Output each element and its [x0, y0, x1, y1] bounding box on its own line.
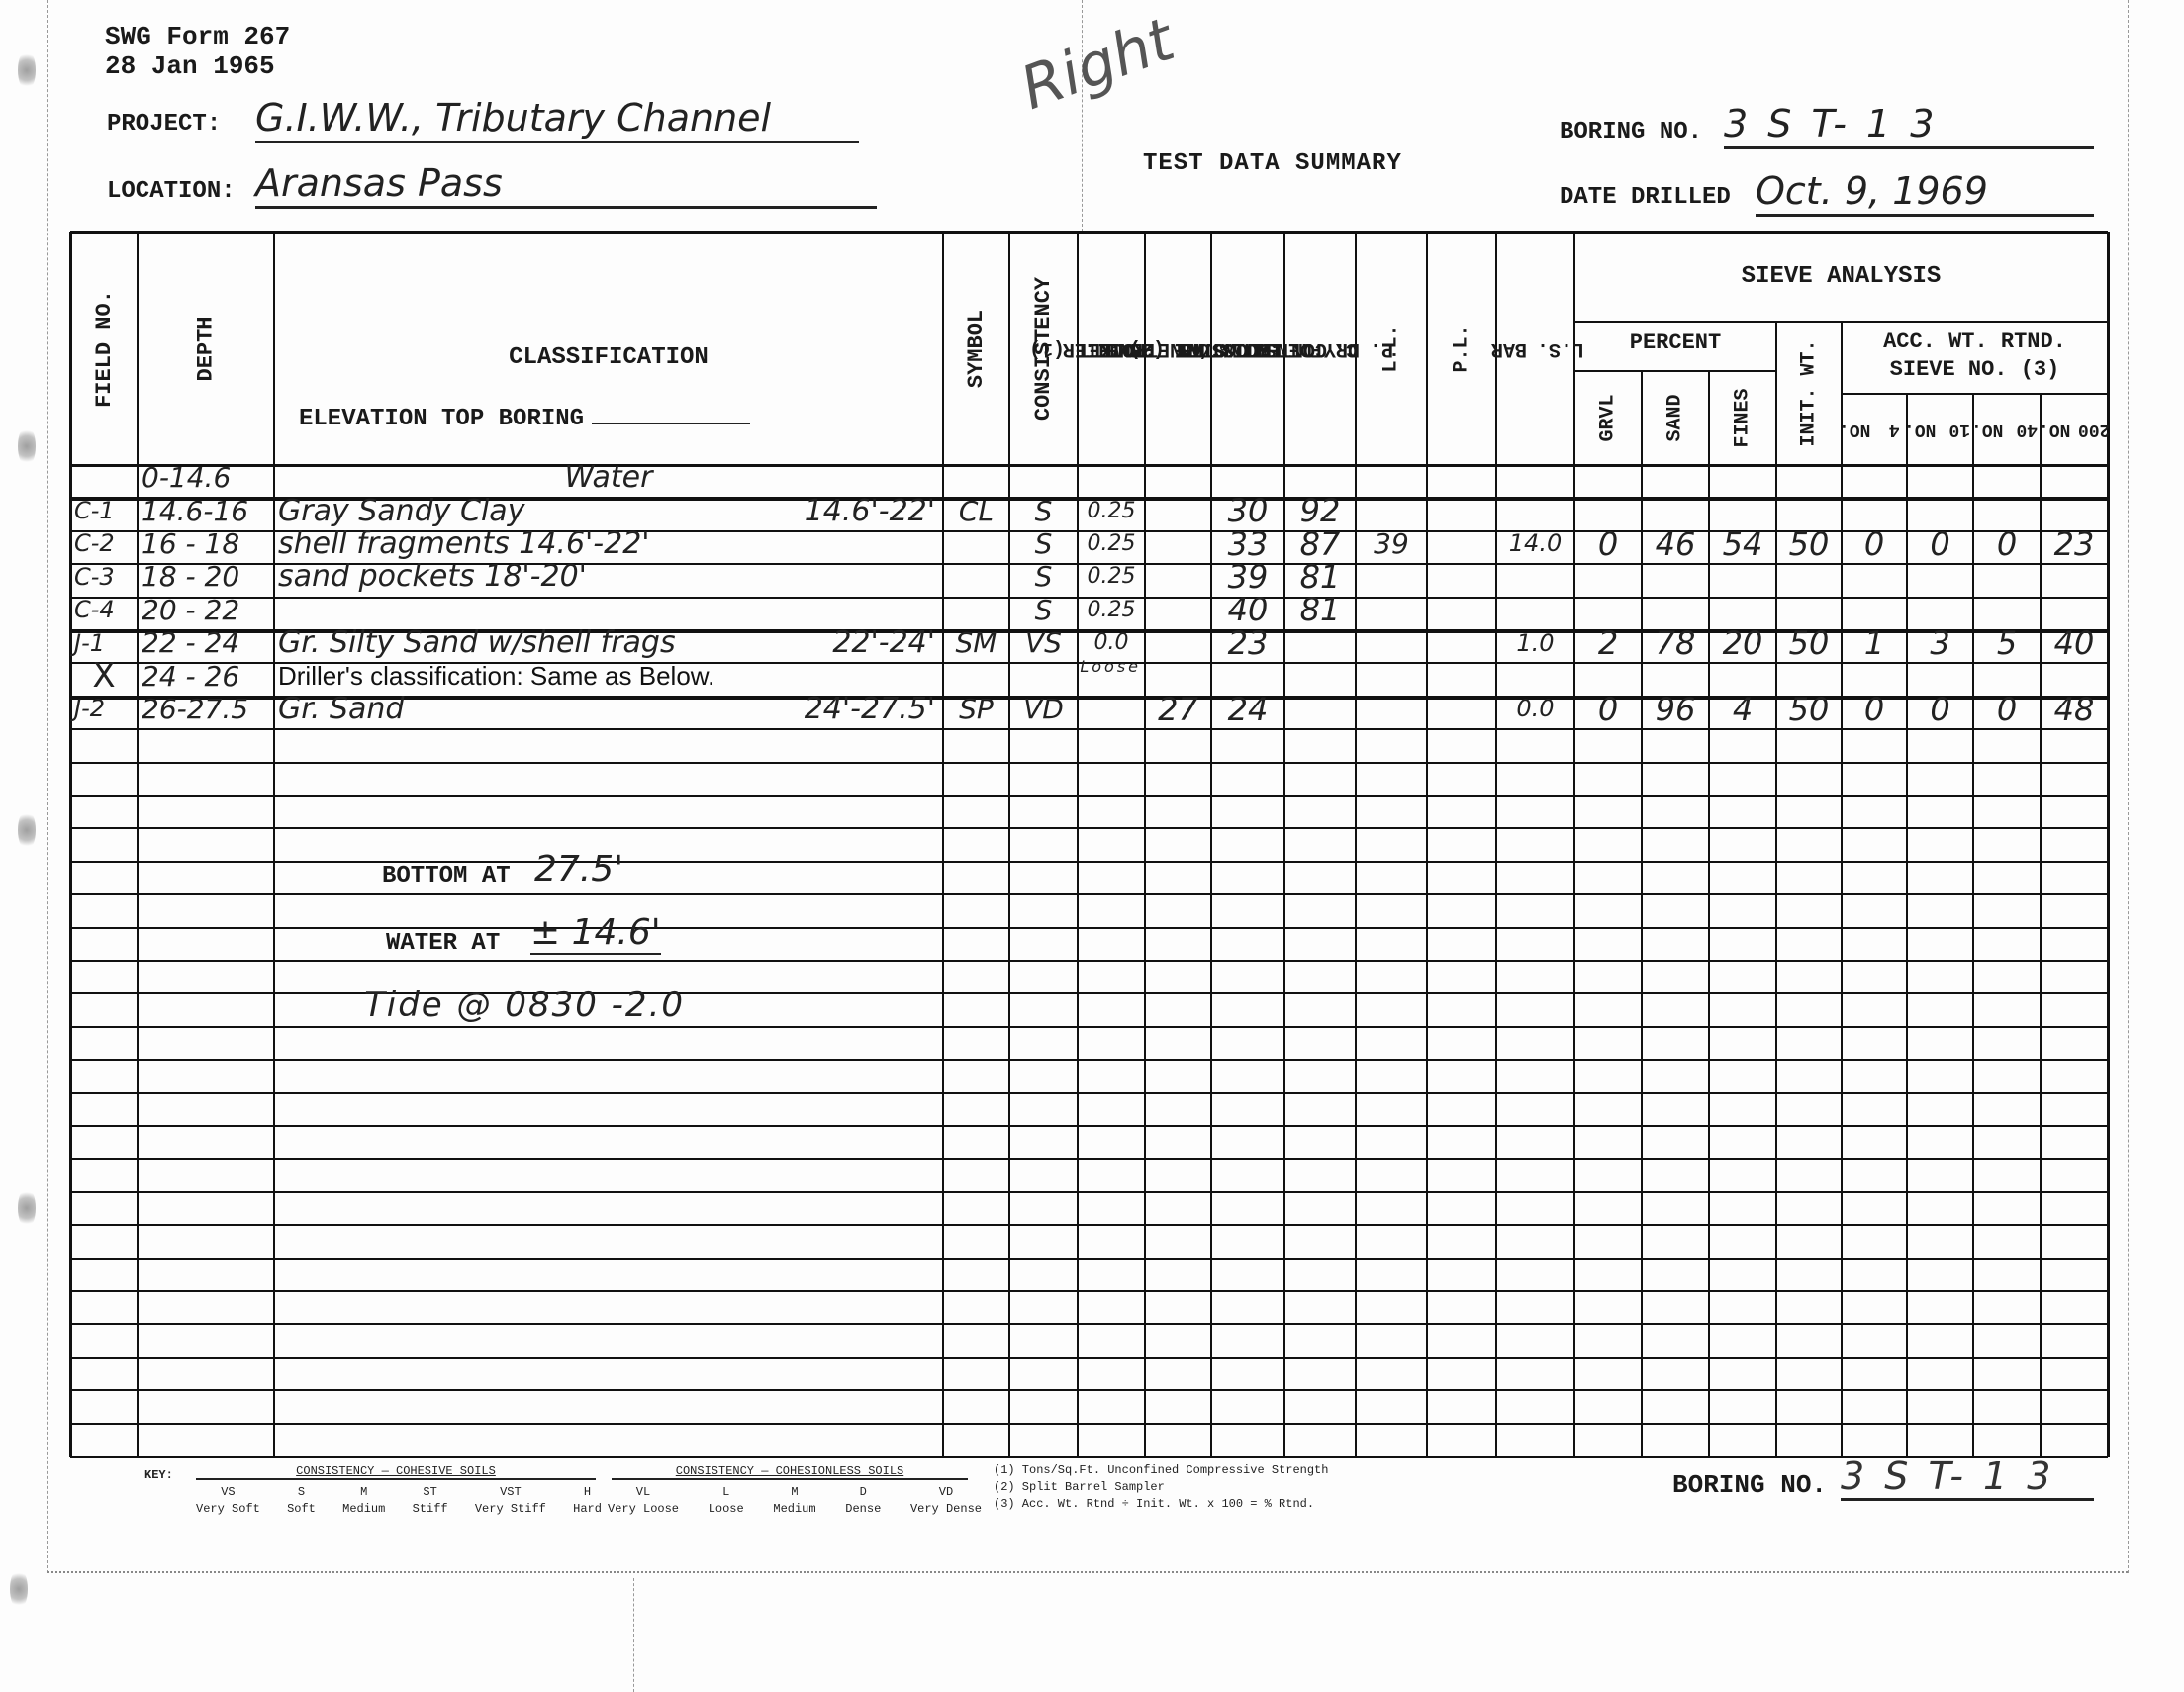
grid-hline: [70, 1423, 2108, 1425]
water-at-label: WATER AT: [386, 930, 500, 957]
pocket-penetrometer-cell[interactable]: [1082, 459, 1141, 496]
grid-hline: [70, 1323, 2108, 1325]
no40-cell[interactable]: [1977, 558, 2037, 595]
depth-cell[interactable]: 24 - 26: [142, 657, 270, 694]
bar-ls-cell[interactable]: 0.0: [1500, 691, 1570, 727]
key-item: DDense: [845, 1484, 881, 1518]
no10-cell[interactable]: [1911, 558, 1969, 595]
pl-cell[interactable]: [1431, 525, 1492, 562]
grid-hline: [70, 960, 2108, 962]
init-wt-cell[interactable]: [1780, 657, 1838, 694]
consistency-cell[interactable]: VD: [1013, 691, 1074, 727]
grid-hline: [70, 1125, 2108, 1127]
field-no-cell[interactable]: C-4: [74, 592, 134, 628]
grid-hline: [70, 1456, 2108, 1458]
col-header-field-no: FIELD NO.: [70, 232, 138, 465]
stan-penet-cell[interactable]: [1149, 558, 1207, 595]
bar-ls-cell[interactable]: [1500, 592, 1570, 628]
key-item: MMedium: [342, 1484, 385, 1518]
key-name: Stiff: [413, 1501, 448, 1518]
key-item: LLoose: [709, 1484, 744, 1518]
col-header-no4: NO.4: [1842, 394, 1907, 465]
grvl-cell[interactable]: [1578, 558, 1638, 595]
bar-ls-cell[interactable]: [1500, 492, 1570, 528]
dry-density-cell[interactable]: [1288, 459, 1352, 496]
key-cohesive-list: VSVery SoftSSoftMMediumSTStiffVSTVery St…: [196, 1484, 602, 1518]
dry-density-cell[interactable]: 92: [1288, 492, 1352, 528]
key-abbr: VD: [910, 1484, 982, 1501]
key-name: Medium: [773, 1501, 815, 1518]
symbol-cell[interactable]: [947, 592, 1005, 628]
key-abbr: VS: [196, 1484, 260, 1501]
stan-penet-cell[interactable]: 27: [1149, 691, 1207, 727]
col-header-fines: FINES: [1709, 371, 1776, 465]
consistency-cell[interactable]: VS: [1013, 624, 1074, 661]
key-item: SSoft: [287, 1484, 316, 1518]
punch-hole-mark: [18, 425, 36, 467]
key-abbr: M: [773, 1484, 815, 1501]
grid-vline: [1906, 394, 1908, 1457]
project-label: PROJECT:: [107, 111, 221, 138]
moisture-cell[interactable]: 39: [1215, 558, 1281, 595]
symbol-cell[interactable]: SM: [947, 624, 1005, 661]
date-drilled-label: DATE DRILLED: [1560, 184, 1731, 211]
grid-hline: [70, 861, 2108, 863]
no200-cell[interactable]: [2044, 558, 2104, 595]
grid-hline: [70, 795, 2108, 797]
page-edge-bottom: [47, 1571, 2128, 1573]
form-id: SWG Form 267: [105, 22, 290, 51]
classification-range: 24'-27.5': [278, 691, 935, 727]
grvl-cell[interactable]: [1578, 592, 1638, 628]
consistency-cell[interactable]: [1013, 657, 1074, 694]
depth-cell[interactable]: 18 - 20: [142, 558, 270, 595]
fines-cell[interactable]: [1713, 592, 1772, 628]
pocket-penetrometer-cell[interactable]: 0.25: [1082, 525, 1141, 562]
key-item: MMedium: [773, 1484, 815, 1518]
key-name: Loose: [709, 1501, 744, 1518]
stan-penet-cell[interactable]: [1149, 525, 1207, 562]
depth-cell[interactable]: 0-14.6: [142, 459, 270, 496]
col-header-no200: NO.200: [2041, 394, 2108, 465]
key-label: KEY:: [144, 1468, 173, 1482]
grvl-cell[interactable]: [1578, 459, 1638, 496]
sand-cell[interactable]: 46: [1646, 525, 1705, 562]
consistency-cell[interactable]: S: [1013, 558, 1074, 595]
key-item: VDVery Dense: [910, 1484, 982, 1518]
col-header-no10: NO.10: [1907, 394, 1973, 465]
no4-cell[interactable]: [1846, 558, 1903, 595]
init-wt-cell[interactable]: 50: [1780, 525, 1838, 562]
key-item: VSVery Soft: [196, 1484, 260, 1518]
boring-no-label: BORING NO.: [1560, 119, 1702, 145]
grid-hline: [70, 1026, 2108, 1028]
no4-cell[interactable]: [1846, 459, 1903, 496]
grid-hline: [70, 927, 2108, 929]
col-header-grvl: GRVL: [1574, 371, 1642, 465]
field-no-cell[interactable]: C-3: [74, 558, 134, 595]
key-abbr: VST: [475, 1484, 546, 1501]
no4-cell[interactable]: 0: [1846, 525, 1903, 562]
init-wt-cell[interactable]: [1780, 592, 1838, 628]
dry-density-cell[interactable]: 81: [1288, 592, 1352, 628]
key-abbr: D: [845, 1484, 881, 1501]
key-name: Very Stiff: [475, 1501, 546, 1518]
no4-cell[interactable]: [1846, 492, 1903, 528]
no40-cell[interactable]: [1977, 492, 2037, 528]
key-item: STStiff: [413, 1484, 448, 1518]
grvl-cell[interactable]: [1578, 492, 1638, 528]
ll-cell[interactable]: 39: [1360, 525, 1423, 562]
form-date: 28 Jan 1965: [105, 51, 275, 81]
pl-cell[interactable]: [1431, 657, 1492, 694]
key-abbr: S: [287, 1484, 316, 1501]
grid-hline: [70, 893, 2108, 895]
classification-range: [278, 558, 935, 595]
key-name: Dense: [845, 1501, 881, 1518]
grid-hline: [70, 1357, 2108, 1359]
pl-cell[interactable]: [1431, 459, 1492, 496]
ll-cell[interactable]: [1360, 657, 1423, 694]
key-name: Very Dense: [910, 1501, 982, 1518]
fines-cell[interactable]: 4: [1713, 691, 1772, 727]
depth-cell[interactable]: 20 - 22: [142, 592, 270, 628]
no200-cell[interactable]: [2044, 592, 2104, 628]
moisture-cell[interactable]: [1215, 657, 1281, 694]
moisture-cell[interactable]: 33: [1215, 525, 1281, 562]
no10-cell[interactable]: 0: [1911, 525, 1969, 562]
location-field[interactable]: Aransas Pass: [255, 160, 877, 209]
sand-cell[interactable]: 96: [1646, 691, 1705, 727]
stan-penet-cell[interactable]: [1149, 624, 1207, 661]
key-cohesionless-list: VLVery LooseLLooseMMediumDDenseVDVery De…: [608, 1484, 982, 1518]
col-header-bar-ls: BARL.S.: [1496, 232, 1574, 465]
grid-hline: [70, 1224, 2108, 1226]
col-header-no40: NO.40: [1973, 394, 2041, 465]
no40-cell[interactable]: 5: [1977, 624, 2037, 661]
moisture-cell[interactable]: 23: [1215, 624, 1281, 661]
no10-cell[interactable]: [1911, 657, 1969, 694]
no200-cell[interactable]: 40: [2044, 624, 2104, 661]
fines-cell[interactable]: 20: [1713, 624, 1772, 661]
punch-hole-mark: [18, 809, 36, 851]
pocket-penetrometer-cell[interactable]: [1082, 691, 1141, 727]
bar-ls-cell[interactable]: [1500, 459, 1570, 496]
moisture-cell[interactable]: 40: [1215, 592, 1281, 628]
footnote-1: (1) Tons/Sq.Ft. Unconfined Compressive S…: [994, 1462, 1328, 1479]
key-abbr: H: [573, 1484, 602, 1501]
col-header-sieve-analysis: SIEVE ANALYSIS: [1574, 263, 2108, 290]
sand-cell[interactable]: [1646, 459, 1705, 496]
key-cohesive-title: CONSISTENCY — COHESIVE SOILS: [196, 1464, 596, 1480]
no10-cell[interactable]: [1911, 459, 1969, 496]
depth-cell[interactable]: 16 - 18: [142, 525, 270, 562]
footnote-3: (3) Acc. Wt. Rtnd ÷ Init. Wt. x 100 = % …: [994, 1496, 1328, 1513]
grid-hline: [70, 1258, 2108, 1260]
sand-cell[interactable]: [1646, 558, 1705, 595]
footer-boring-no-field[interactable]: 3 S T- 1 3: [1841, 1455, 2094, 1501]
symbol-cell[interactable]: CL: [947, 492, 1005, 528]
fold-line-bottom: [633, 1578, 634, 1692]
moisture-cell[interactable]: 24: [1215, 691, 1281, 727]
stan-penet-cell[interactable]: [1149, 657, 1207, 694]
no40-cell[interactable]: 0: [1977, 691, 2037, 727]
no200-cell[interactable]: 23: [2044, 525, 2104, 562]
grid-hline: [70, 1059, 2108, 1061]
grvl-cell[interactable]: 0: [1578, 525, 1638, 562]
pl-cell[interactable]: [1431, 592, 1492, 628]
fines-cell[interactable]: [1713, 459, 1772, 496]
ll-cell[interactable]: [1360, 492, 1423, 528]
key-name: Medium: [342, 1501, 385, 1518]
footnote-2: (2) Split Barrel Sampler: [994, 1479, 1328, 1496]
init-wt-cell[interactable]: [1780, 492, 1838, 528]
ll-cell[interactable]: [1360, 558, 1423, 595]
classification-range: [278, 459, 935, 496]
footer-boring-no-label: BORING NO.: [1672, 1470, 1827, 1500]
grid-vline: [1972, 394, 1974, 1457]
moisture-cell[interactable]: [1215, 459, 1281, 496]
pl-cell[interactable]: [1431, 691, 1492, 727]
classification-range: [278, 657, 935, 694]
depth-cell[interactable]: 22 - 24: [142, 624, 270, 661]
grid-vline: [1641, 371, 1643, 1457]
no40-cell[interactable]: 0: [1977, 525, 2037, 562]
pl-cell[interactable]: [1431, 492, 1492, 528]
sand-cell[interactable]: 78: [1646, 624, 1705, 661]
depth-cell[interactable]: 26-27.5: [142, 691, 270, 727]
fines-cell[interactable]: [1713, 558, 1772, 595]
grid-hline: [70, 1191, 2108, 1193]
project-field[interactable]: G.I.W.W., Tributary Channel: [255, 95, 859, 143]
stan-penet-cell[interactable]: [1149, 592, 1207, 628]
test-data-summary-form: SWG Form 267 28 Jan 1965 PROJECT: G.I.W.…: [0, 0, 2184, 1692]
grid-hline: [70, 762, 2108, 764]
grid-vline: [1841, 322, 1843, 1457]
elevation-top-boring-label: ELEVATION TOP BORING: [299, 406, 750, 432]
punch-hole-mark: [18, 49, 36, 91]
symbol-cell[interactable]: [947, 525, 1005, 562]
grid-hline: [70, 1389, 2108, 1391]
bar-ls-cell[interactable]: 14.0: [1500, 525, 1570, 562]
sand-cell[interactable]: [1646, 592, 1705, 628]
col-header-acc-wt-rtnd: ACC. WT. RTND.SIEVE NO. (3): [1842, 329, 2108, 384]
consistency-cell[interactable]: S: [1013, 592, 1074, 628]
key-item: VSTVery Stiff: [475, 1484, 546, 1518]
no200-cell[interactable]: 48: [2044, 691, 2104, 727]
boring-no-field[interactable]: 3 S T- 1 3: [1724, 101, 2094, 149]
classification-range: 14.6'-22': [278, 492, 935, 528]
dry-density-cell[interactable]: 87: [1288, 525, 1352, 562]
field-no-cell[interactable]: J-2: [74, 691, 134, 727]
pl-cell[interactable]: [1431, 624, 1492, 661]
symbol-cell[interactable]: [947, 558, 1005, 595]
bottom-at-value[interactable]: 27.5': [534, 849, 623, 890]
bar-ls-cell[interactable]: 1.0: [1500, 624, 1570, 661]
water-at-value[interactable]: ± 14.6': [530, 912, 661, 955]
signature: Right: [1012, 5, 1183, 124]
key-abbr: M: [342, 1484, 385, 1501]
no200-cell[interactable]: [2044, 492, 2104, 528]
dry-density-cell[interactable]: 81: [1288, 558, 1352, 595]
dry-density-cell[interactable]: [1288, 624, 1352, 661]
classification-range: 22'-24': [278, 624, 935, 661]
key-item: HHard: [573, 1484, 602, 1518]
field-no-cell[interactable]: C-1: [74, 492, 134, 528]
punch-hole-mark: [18, 1187, 36, 1229]
bottom-at-label: BOTTOM AT: [382, 863, 511, 890]
col-header-percent: PERCENT: [1574, 330, 1776, 355]
key-abbr: ST: [413, 1484, 448, 1501]
col-header-classification: CLASSIFICATION: [274, 344, 943, 371]
classification-range: [278, 525, 935, 562]
key-name: Very Loose: [608, 1501, 679, 1518]
ll-cell[interactable]: [1360, 691, 1423, 727]
init-wt-cell[interactable]: 50: [1780, 691, 1838, 727]
stan-penet-cell[interactable]: [1149, 492, 1207, 528]
field-no-cell[interactable]: X: [74, 657, 134, 694]
depth-cell[interactable]: 14.6-16: [142, 492, 270, 528]
no10-cell[interactable]: 0: [1911, 691, 1969, 727]
pocket-penetrometer-cell[interactable]: 0.25: [1082, 592, 1141, 628]
tide-note: Tide @ 0830 -2.0: [364, 986, 685, 1025]
fines-cell[interactable]: 54: [1713, 525, 1772, 562]
col-header-depth: DEPTH: [138, 232, 274, 465]
symbol-cell[interactable]: [947, 657, 1005, 694]
grvl-cell[interactable]: 0: [1578, 691, 1638, 727]
key-name: Hard: [573, 1501, 602, 1518]
dry-density-cell[interactable]: [1288, 657, 1352, 694]
key-name: Very Soft: [196, 1501, 260, 1518]
grid-hline: [70, 1158, 2108, 1160]
no40-cell[interactable]: [1977, 459, 2037, 496]
pl-cell[interactable]: [1431, 558, 1492, 595]
no10-cell[interactable]: [1911, 492, 1969, 528]
init-wt-cell[interactable]: [1780, 459, 1838, 496]
consistency-cell[interactable]: S: [1013, 525, 1074, 562]
page-edge-left: [47, 0, 48, 1573]
field-no-cell[interactable]: C-2: [74, 525, 134, 562]
ll-cell[interactable]: [1360, 459, 1423, 496]
ll-cell[interactable]: [1360, 624, 1423, 661]
key-footnotes: (1) Tons/Sq.Ft. Unconfined Compressive S…: [994, 1462, 1328, 1513]
pocket-penetrometer-cell[interactable]: Loose: [1082, 647, 1141, 684]
col-header-dry-density: DRY DENSITYP. C. F.: [1284, 232, 1356, 465]
init-wt-cell[interactable]: 50: [1780, 624, 1838, 661]
page-edge-right: [2128, 0, 2129, 1573]
grvl-cell[interactable]: [1578, 657, 1638, 694]
key-abbr: VL: [608, 1484, 679, 1501]
sand-cell[interactable]: [1646, 657, 1705, 694]
no200-cell[interactable]: [2044, 459, 2104, 496]
bar-ls-cell[interactable]: [1500, 657, 1570, 694]
key-item: VLVery Loose: [608, 1484, 679, 1518]
sand-cell[interactable]: [1646, 492, 1705, 528]
grid-vline: [1775, 322, 1777, 1457]
col-header-ll: L.L.: [1356, 232, 1427, 465]
no4-cell[interactable]: [1846, 592, 1903, 628]
no10-cell[interactable]: 3: [1911, 624, 1969, 661]
grvl-cell[interactable]: 2: [1578, 624, 1638, 661]
no4-cell[interactable]: [1846, 657, 1903, 694]
key-abbr: L: [709, 1484, 744, 1501]
field-no-cell[interactable]: [74, 459, 134, 496]
grid-hline: [70, 1290, 2108, 1292]
no10-cell[interactable]: [1911, 592, 1969, 628]
grid-hline: [70, 728, 2108, 730]
form-title: TEST DATA SUMMARY: [1143, 150, 1402, 177]
init-wt-cell[interactable]: [1780, 558, 1838, 595]
ll-cell[interactable]: [1360, 592, 1423, 628]
grid-hline: [70, 827, 2108, 829]
grid-vline: [1708, 371, 1710, 1457]
consistency-cell[interactable]: [1013, 459, 1074, 496]
col-header-sand: SAND: [1642, 371, 1709, 465]
moisture-cell[interactable]: 30: [1215, 492, 1281, 528]
classification-range: [278, 592, 935, 628]
stan-penet-cell[interactable]: [1149, 459, 1207, 496]
symbol-cell[interactable]: [947, 459, 1005, 496]
key-cohesionless-title: CONSISTENCY — COHESIONLESS SOILS: [612, 1464, 968, 1480]
date-drilled-field[interactable]: Oct. 9, 1969: [1756, 168, 2094, 217]
col-header-init-wt: INIT. WT.: [1776, 322, 1842, 465]
symbol-cell[interactable]: SP: [947, 691, 1005, 727]
no4-cell[interactable]: 0: [1846, 691, 1903, 727]
no4-cell[interactable]: 1: [1846, 624, 1903, 661]
no40-cell[interactable]: [1977, 592, 2037, 628]
no200-cell[interactable]: [2044, 657, 2104, 694]
punch-hole-mark: [10, 1568, 28, 1610]
no40-cell[interactable]: [1977, 657, 2037, 694]
fines-cell[interactable]: [1713, 492, 1772, 528]
location-label: LOCATION:: [107, 178, 236, 205]
grid-hline: [70, 1092, 2108, 1094]
key-name: Soft: [287, 1501, 316, 1518]
bar-ls-cell[interactable]: [1500, 558, 1570, 595]
pocket-penetrometer-cell[interactable]: 0.25: [1082, 492, 1141, 528]
consistency-cell[interactable]: S: [1013, 492, 1074, 528]
dry-density-cell[interactable]: [1288, 691, 1352, 727]
pocket-penetrometer-cell[interactable]: 0.25: [1082, 558, 1141, 595]
col-header-symbol: SYMBOL: [943, 232, 1009, 465]
fines-cell[interactable]: [1713, 657, 1772, 694]
grid-vline: [2040, 394, 2042, 1457]
